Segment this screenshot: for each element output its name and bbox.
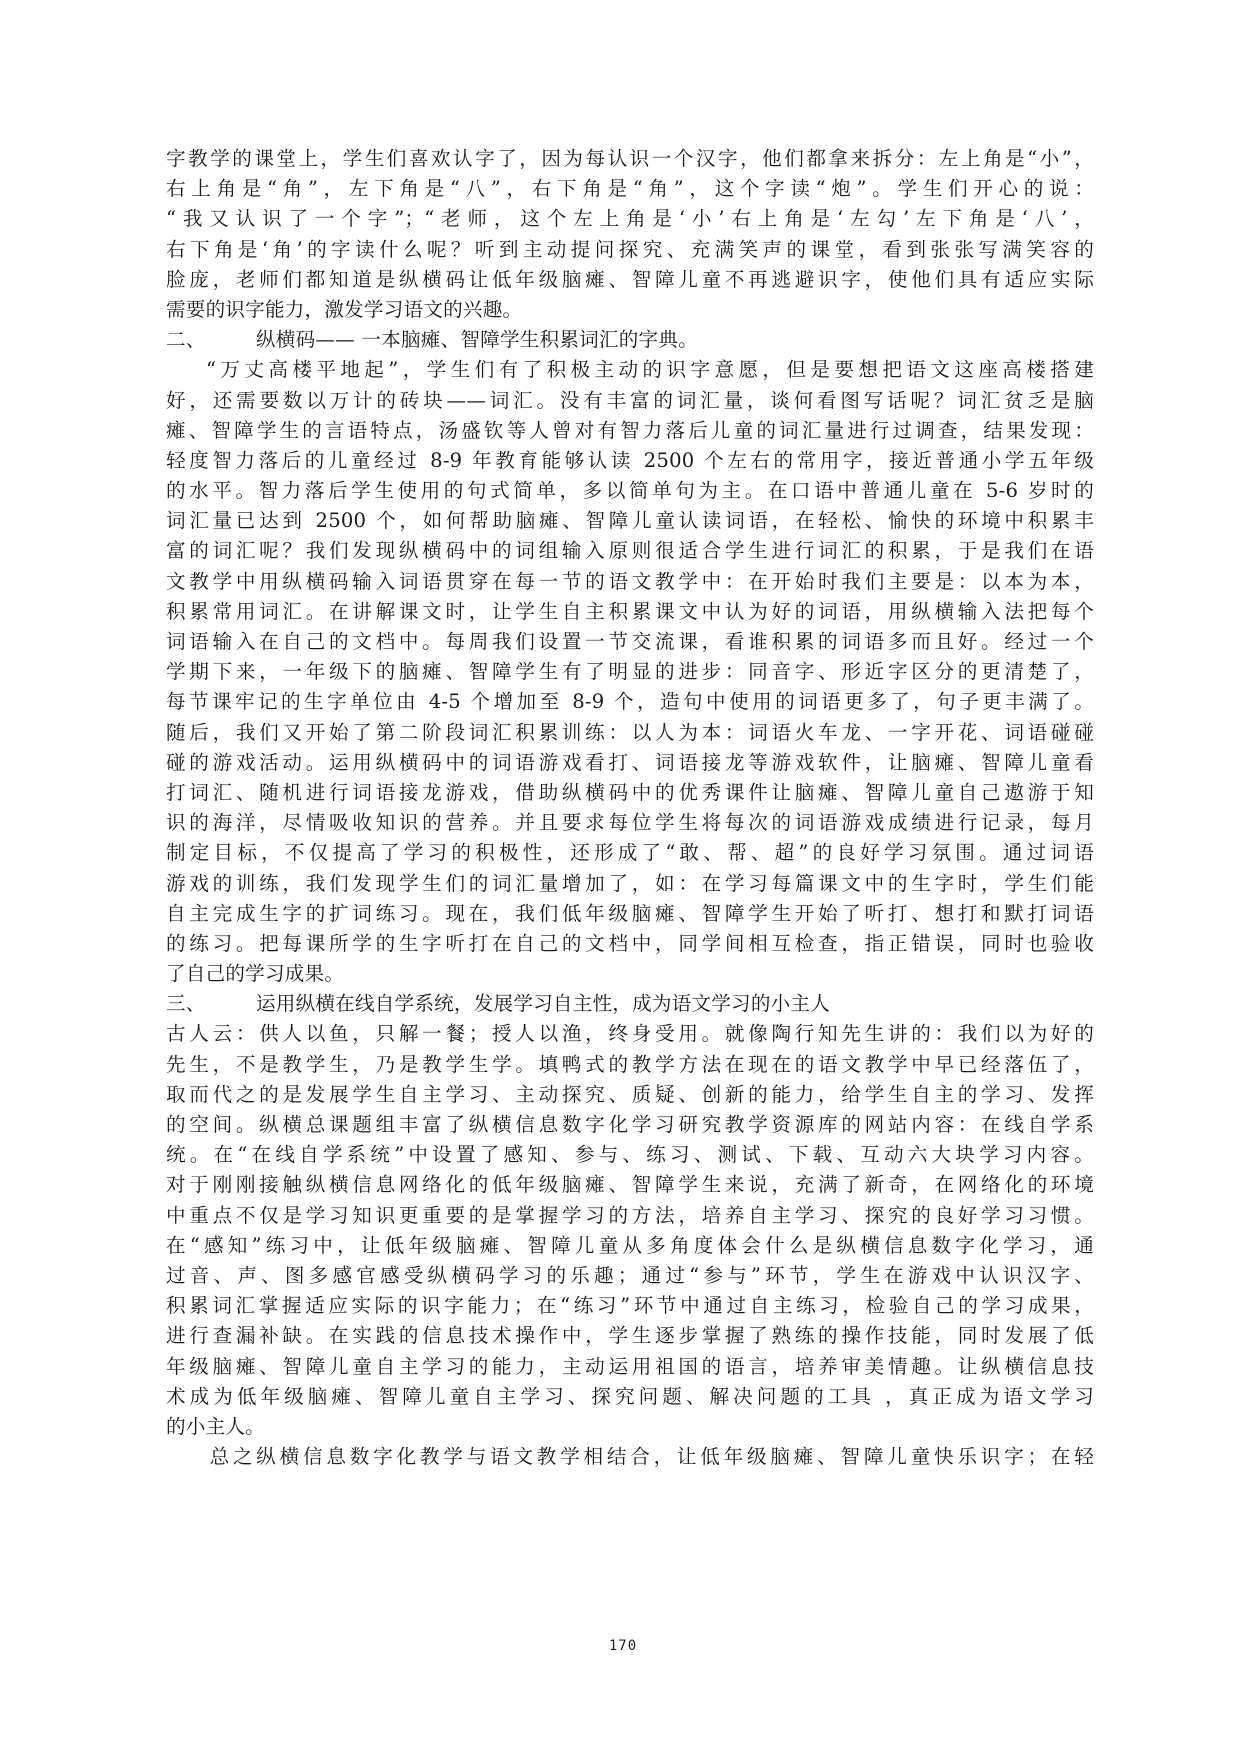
paragraph-line: 的小主人。 bbox=[166, 1412, 1094, 1442]
paragraph-line: 富的词汇呢？我们发现纵横码中的词组输入原则很适合学生进行词汇的积累，于是我们在语 bbox=[166, 536, 1094, 566]
paragraph-line: 好，还需要数以万计的砖块——词汇。没有丰富的词汇量，谈何看图写话呢？词汇贫乏是脑 bbox=[166, 386, 1094, 416]
paragraph-line: 右上角是“角”，左下角是“八”，右下角是“角”，这个字读“炮”。学生们开心的说： bbox=[166, 174, 1094, 204]
paragraph-line: 每节课牢记的生字单位由 4-5 个增加至 8-9 个，造句中使用的词语更多了，句… bbox=[166, 687, 1094, 717]
paragraph-line: 的练习。把每课所学的生字听打在自己的文档中，同学间相互检查，指正错误，同时也验收 bbox=[166, 929, 1094, 959]
paragraph-line: 词语输入在自己的文档中。每周我们设置一节交流课，看谁积累的词语多而且好。经过一个 bbox=[166, 627, 1094, 657]
section-heading-2: 二、纵横码—— 一本脑瘫、智障学生积累词汇的字典。 bbox=[166, 325, 1094, 355]
paragraph-line: 游戏的训练，我们发现学生们的词汇量增加了，如：在学习每篇课文中的生字时，学生们能 bbox=[166, 869, 1094, 899]
paragraph-line: 词汇量已达到 2500 个，如何帮助脑瘫、智障儿童认读词语，在轻松、愉快的环境中… bbox=[166, 506, 1094, 536]
paragraph-line: 积累词汇掌握适应实际的识字能力；在“练习”环节中通过自主练习，检验自己的学习成果… bbox=[166, 1291, 1094, 1321]
paragraph-line: “我又认识了一个字”；“老师，这个左上角是‘小’右上角是‘左勾’左下角是‘八’， bbox=[166, 204, 1094, 234]
paragraph-line: 取而代之的是发展学生自主学习、主动探究、质疑、创新的能力，给学生自主的学习、发挥 bbox=[166, 1080, 1094, 1110]
paragraph-line: 识的海洋，尽情吸收知识的营养。并且要求每位学生将每次的词语游戏成绩进行记录，每月 bbox=[166, 808, 1094, 838]
paragraph-line: 碰的游戏活动。运用纵横码中的词语游戏看打、词语接龙等游戏软件，让脑瘫、智障儿童看 bbox=[166, 748, 1094, 778]
paragraph-line: 瘫、智障学生的言语特点，汤盛钦等人曾对有智力落后儿童的词汇量进行过调查，结果发现… bbox=[166, 416, 1094, 446]
paragraph-line: 中重点不仅是学习知识更重要的是掌握学习的方法，培养自主学习、探究的良好学习习惯。 bbox=[166, 1201, 1094, 1231]
section-number: 二、 bbox=[166, 325, 256, 355]
paragraph-line: 总之纵横信息数字化教学与语文教学相结合，让低年级脑瘫、智障儿童快乐识字；在轻 bbox=[166, 1442, 1094, 1472]
paragraph-line: 学期下来，一年级下的脑瘫、智障学生有了明显的进步：同音字、形近字区分的更清楚了， bbox=[166, 657, 1094, 687]
paragraph-line: 统。在“在线自学系统”中设置了感知、参与、练习、测试、下载、互动六大块学习内容。 bbox=[166, 1140, 1094, 1170]
paragraph-line: 需要的识字能力，激发学习语文的兴趣。 bbox=[166, 295, 1094, 325]
paragraph-line: 轻度智力落后的儿童经过 8-9 年教育能够认读 2500 个左右的常用字，接近普… bbox=[166, 446, 1094, 476]
paragraph-line: 积累常用词汇。在讲解课文时，让学生自主积累课文中认为好的词语，用纵横输入法把每个 bbox=[166, 597, 1094, 627]
paragraph-line: 术成为低年级脑瘫、智障儿童自主学习、探究问题、解决问题的工具 ，真正成为语文学习 bbox=[166, 1382, 1094, 1412]
paragraph-line: 先生，不是教学生，乃是教学生学。填鸭式的教学方法在现在的语文教学中早已经落伍了， bbox=[166, 1050, 1094, 1080]
paragraph-line: 了自己的学习成果。 bbox=[166, 959, 1094, 989]
paragraph-line: 的空间。纵横总课题组丰富了纵横信息数字化学习研究教学资源库的网站内容：在线自学系 bbox=[166, 1110, 1094, 1140]
paragraph-line: 打词汇、随机进行词语接龙游戏，借助纵横码中的优秀课件让脑瘫、智障儿童自己遨游于知 bbox=[166, 778, 1094, 808]
paragraph-line: 文教学中用纵横码输入词语贯穿在每一节的语文教学中：在开始时我们主要是：以本为本， bbox=[166, 567, 1094, 597]
paragraph-line: 右下角是‘角’的字读什么呢？听到主动提问探究、充满笑声的课堂，看到张张写满笑容的 bbox=[166, 235, 1094, 265]
section-heading-3: 三、运用纵横在线自学系统，发展学习自主性，成为语文学习的小主人 bbox=[166, 989, 1094, 1019]
paragraph-line: 对于刚刚接触纵横信息网络化的低年级脑瘫、智障学生来说，充满了新奇，在网络化的环境 bbox=[166, 1170, 1094, 1200]
section-number: 三、 bbox=[166, 989, 256, 1019]
paragraph-line: 的水平。智力落后学生使用的句式简单，多以简单句为主。在口语中普通儿童在 5-6 … bbox=[166, 476, 1094, 506]
section-title: 纵横码—— 一本脑瘫、智障学生积累词汇的字典。 bbox=[256, 328, 698, 351]
paragraph-line: 过音、声、图多感官感受纵横码学习的乐趣；通过“参与”环节，学生在游戏中认识汉字、 bbox=[166, 1261, 1094, 1291]
paragraph-line: 脸庞，老师们都知道是纵横码让低年级脑瘫、智障儿童不再逃避识字，使他们具有适应实际 bbox=[166, 265, 1094, 295]
paragraph-line: 在“感知”练习中，让低年级脑瘫、智障儿童从多角度体会什么是纵横信息数字化学习，通 bbox=[166, 1231, 1094, 1261]
paragraph-line: 古人云：供人以鱼，只解一餐；授人以渔，终身受用。就像陶行知先生讲的：我们以为好的 bbox=[166, 1019, 1094, 1049]
page-number: 170 bbox=[0, 1638, 1246, 1654]
paragraph-line: 进行查漏补缺。在实践的信息技术操作中，学生逐步掌握了熟练的操作技能，同时发展了低 bbox=[166, 1321, 1094, 1351]
document-page: 字教学的课堂上，学生们喜欢认字了，因为每认识一个汉字，他们都拿来拆分：左上角是“… bbox=[0, 0, 1246, 1763]
body-text: 字教学的课堂上，学生们喜欢认字了，因为每认识一个汉字，他们都拿来拆分：左上角是“… bbox=[166, 144, 1094, 1472]
paragraph-line: 年级脑瘫、智障儿童自主学习的能力，主动运用祖国的语言，培养审美情趣。让纵横信息技 bbox=[166, 1352, 1094, 1382]
paragraph-line: 字教学的课堂上，学生们喜欢认字了，因为每认识一个汉字，他们都拿来拆分：左上角是“… bbox=[166, 144, 1094, 174]
paragraph-line: 随后，我们又开始了第二阶段词汇积累训练：以人为本：词语火车龙、一字开花、词语碰碰 bbox=[166, 718, 1094, 748]
paragraph-line: “万丈高楼平地起”，学生们有了积极主动的识字意愿，但是要想把语文这座高楼搭建 bbox=[166, 355, 1094, 385]
paragraph-line: 制定目标，不仅提高了学习的积极性，还形成了“敢、帮、超”的良好学习氛围。通过词语 bbox=[166, 838, 1094, 868]
section-title: 运用纵横在线自学系统，发展学习自主性，成为语文学习的小主人 bbox=[256, 992, 830, 1015]
paragraph-line: 自主完成生字的扩词练习。现在，我们低年级脑瘫、智障学生开始了听打、想打和默打词语 bbox=[166, 899, 1094, 929]
